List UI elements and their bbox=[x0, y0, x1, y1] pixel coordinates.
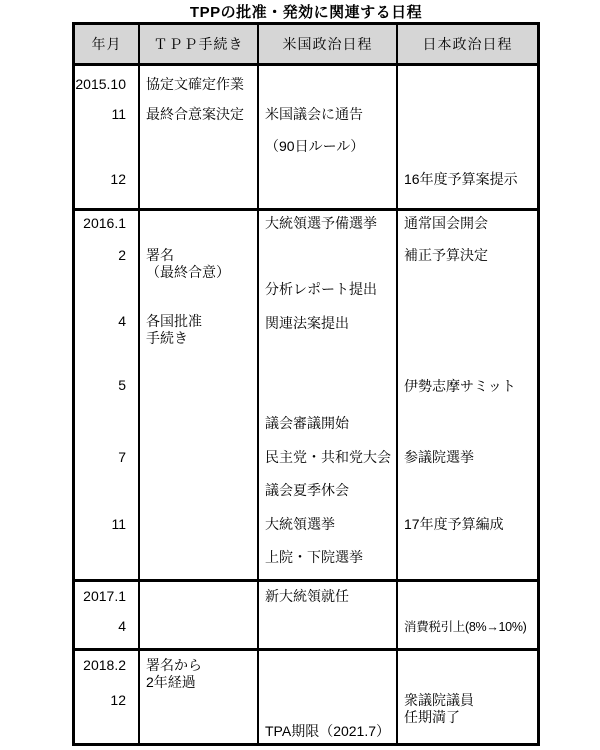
col-us-politics: TPA期限（2021.7） bbox=[259, 651, 398, 743]
text-line: 最終合意案決定 bbox=[146, 106, 254, 123]
text-line: 協定文確定作業 bbox=[146, 76, 254, 93]
header-us-politics: 米国政治日程 bbox=[259, 25, 398, 63]
schedule-table: 年月 ＴＰＰ手続き 米国政治日程 日本政治日程 2015.10 11 12 協定… bbox=[72, 22, 540, 746]
table-header-row: 年月 ＴＰＰ手続き 米国政治日程 日本政治日程 bbox=[75, 25, 537, 66]
text-line: 議会審議開始 bbox=[265, 415, 393, 432]
header-japan-politics: 日本政治日程 bbox=[398, 25, 537, 63]
col-tpp-procedure: 署名 （最終合意） 各国批准 手続き bbox=[140, 211, 259, 579]
header-year-month: 年月 bbox=[75, 25, 140, 63]
section-2017: 2017.1 4 新大統領就任 消費税引上(8%→10%) bbox=[75, 582, 537, 651]
col-japan-politics: 通常国会開会 補正予算決定 伊勢志摩サミット 参議院選挙 17年度予算編成 bbox=[398, 211, 537, 579]
col-tpp-procedure bbox=[140, 582, 259, 648]
col-japan-politics: 衆議院議員 任期満了 bbox=[398, 651, 537, 743]
text-line: 消費税引上(8%→10%) bbox=[404, 619, 534, 636]
text-line: TPA期限（2021.7） bbox=[265, 723, 393, 740]
text-line: 任期満了 bbox=[404, 709, 534, 726]
col-japan-politics: 消費税引上(8%→10%) bbox=[398, 582, 537, 648]
col-us-politics: 米国議会に通告 （90日ルール） bbox=[259, 66, 398, 208]
text-line: 上院・下院選挙 bbox=[265, 549, 393, 566]
col-tpp-procedure: 協定文確定作業 最終合意案決定 bbox=[140, 66, 259, 208]
text-line: 2017.1 bbox=[75, 588, 126, 605]
text-line: 大統領選挙 bbox=[265, 516, 393, 533]
text-line: 11 bbox=[75, 516, 126, 533]
col-japan-politics: 16年度予算案提示 bbox=[398, 66, 537, 208]
text-line: 分析レポート提出 bbox=[265, 281, 393, 298]
text-line: 参議院選挙 bbox=[404, 449, 534, 466]
section-2016: 2016.1 2 4 5 7 11 署名 （最終合意） 各国批准 手続き 大統領… bbox=[75, 211, 537, 582]
text-line: 民主党・共和党大会 bbox=[265, 449, 393, 466]
section-2018: 2018.2 12 署名から 2年経過 TPA期限（2021.7） 衆議院議員 … bbox=[75, 651, 537, 743]
text-line: 伊勢志摩サミット bbox=[404, 378, 534, 395]
text-line: 大統領選予備選挙 bbox=[265, 215, 393, 232]
col-us-politics: 大統領選予備選挙 分析レポート提出 関連法案提出 議会審議開始 民主党・共和党大… bbox=[259, 211, 398, 579]
col-us-politics: 新大統領就任 bbox=[259, 582, 398, 648]
col-year-month: 2017.1 4 bbox=[75, 582, 140, 648]
text-line: 5 bbox=[75, 377, 126, 394]
text-line: 4 bbox=[75, 618, 126, 635]
text-line: 2015.10 bbox=[75, 76, 126, 93]
text-line: （最終合意） bbox=[146, 264, 254, 281]
text-line: 各国批准 bbox=[146, 313, 254, 330]
text-line: 7 bbox=[75, 449, 126, 466]
header-tpp-procedure: ＴＰＰ手続き bbox=[140, 25, 259, 63]
text-line: 12 bbox=[75, 692, 126, 709]
text-line: 2018.2 bbox=[75, 657, 126, 674]
col-year-month: 2015.10 11 12 bbox=[75, 66, 140, 208]
text-line: 17年度予算編成 bbox=[404, 516, 534, 533]
text-line: 衆議院議員 bbox=[404, 692, 534, 709]
col-year-month: 2018.2 12 bbox=[75, 651, 140, 743]
text-line: 4 bbox=[75, 313, 126, 330]
text-line: 2年経過 bbox=[146, 674, 254, 691]
col-tpp-procedure: 署名から 2年経過 bbox=[140, 651, 259, 743]
text-line: 署名 bbox=[146, 247, 254, 264]
text-line: 通常国会開会 bbox=[404, 215, 534, 232]
text-line: 米国議会に通告 bbox=[265, 106, 393, 123]
text-line: 関連法案提出 bbox=[265, 315, 393, 332]
text-line: 2 bbox=[75, 247, 126, 264]
text-line: （90日ルール） bbox=[265, 138, 393, 155]
text-line: 議会夏季休会 bbox=[265, 482, 393, 499]
text-line: 新大統領就任 bbox=[265, 588, 393, 605]
text-line: 16年度予算案提示 bbox=[404, 171, 534, 188]
text-line: 署名から bbox=[146, 657, 254, 674]
text-line: 2016.1 bbox=[75, 215, 126, 232]
section-2015: 2015.10 11 12 協定文確定作業 最終合意案決定 米国議会に通告 （9… bbox=[75, 66, 537, 211]
page-title: TPPの批准・発効に関連する日程 bbox=[72, 1, 540, 22]
text-line: 補正予算決定 bbox=[404, 247, 534, 264]
text-line: 11 bbox=[75, 106, 126, 123]
col-year-month: 2016.1 2 4 5 7 11 bbox=[75, 211, 140, 579]
text-line: 12 bbox=[75, 171, 126, 188]
text-line: 手続き bbox=[146, 330, 254, 347]
